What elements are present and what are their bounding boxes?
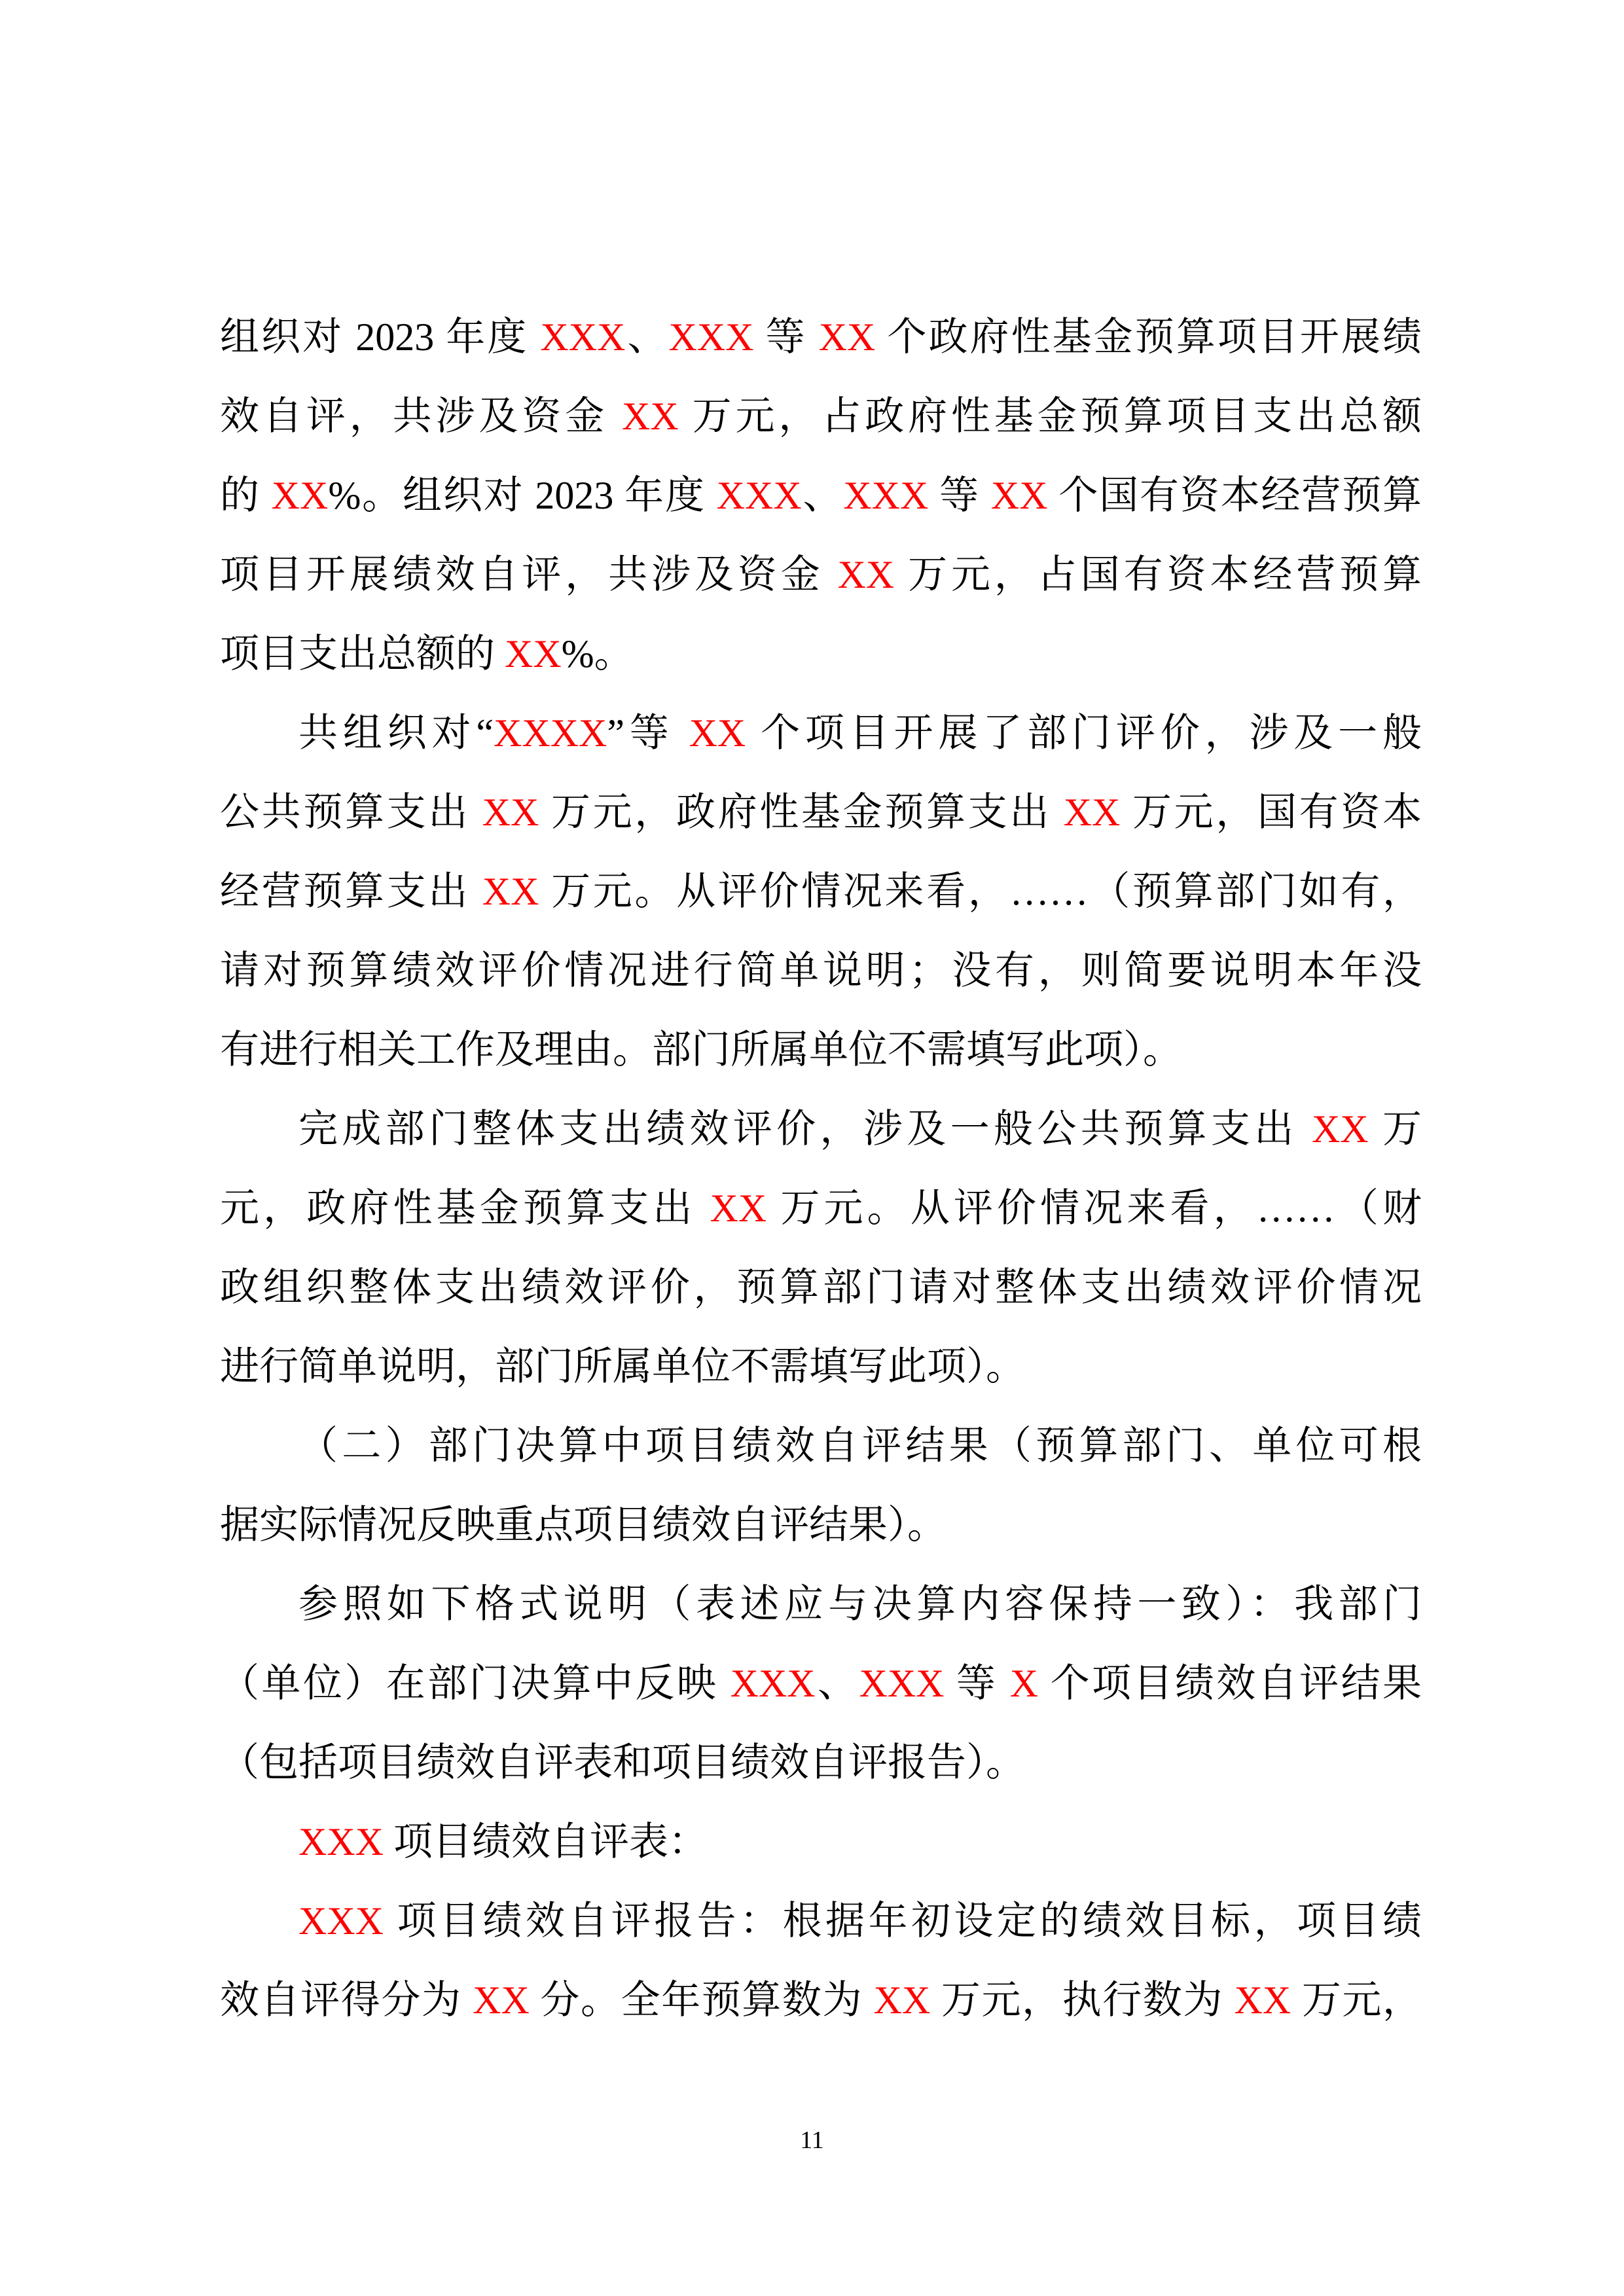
text-line: 进行简单说明，部门所属单位不需填写此项）。 [220,1327,1422,1407]
text-segment: （二）部门决算中项目绩效自评结果（预算部门、单位可根 [298,1424,1422,1467]
text-line: 请对预算绩效评价情况进行简单说明；没有，则简要说明本年没 [220,931,1422,1011]
text-segment: 万元，政府性基金预算支出 [539,791,1063,834]
placeholder-value: XX [819,315,876,359]
text-segment: 万元， [1291,1979,1422,2022]
text-segment: 效自评，共涉及资金 [220,395,622,438]
text-segment: 政组织整体支出绩效评价，预算部门请对整体支出绩效评价情况 [220,1266,1422,1309]
placeholder-value: XX [991,474,1048,517]
text-segment: 万元，占国有资本经营预算 [894,553,1422,596]
text-segment: 项目支出总额的 [220,632,505,675]
text-segment: 万元，执行数为 [930,1979,1234,2022]
text-segment: 等 [945,1662,1010,1705]
text-segment: 等 [754,315,819,359]
text-segment: 个项目开展了部门评价，涉及一般 [746,711,1422,755]
text-segment: （包括项目绩效自评表和项目绩效自评报告）。 [220,1741,1025,1784]
text-segment: 项目绩效自评表： [384,1820,708,1863]
placeholder-value: XX [482,791,539,834]
placeholder-value: XXX [669,315,754,359]
text-segment: 完成部门整体支出绩效评价，涉及一般公共预算支出 [298,1107,1312,1151]
text-segment: 、 [625,315,668,359]
text-segment: （单位）在部门决算中反映 [220,1662,731,1705]
text-segment: 万元。从评价情况来看，……（预算部门如有， [539,870,1422,913]
placeholder-value: XX [710,1187,767,1230]
text-line: 参照如下格式说明（表述应与决算内容保持一致）：我部门 [220,1565,1422,1644]
page-number: 11 [0,2121,1624,2160]
text-segment: 万元。从评价情况来看，……（财 [767,1187,1422,1230]
text-segment: 等 [928,474,991,517]
text-segment: 的 [220,474,272,517]
placeholder-value: XXX [717,474,802,517]
text-segment: 有进行相关工作及理由。部门所属单位不需填写此项）。 [220,1028,1182,1071]
text-line: 经营预算支出 XX 万元。从评价情况来看，……（预算部门如有， [220,852,1422,931]
placeholder-value: XX [482,870,539,913]
text-segment: %。 [562,632,634,675]
text-line: 公共预算支出 XX 万元，政府性基金预算支出 XX 万元，国有资本 [220,773,1422,852]
text-segment: 经营预算支出 [220,870,482,913]
text-segment: 万元，占政府性基金预算项目支出总额 [679,395,1422,438]
text-segment: 个项目绩效自评结果 [1038,1662,1422,1705]
text-segment: 万元，国有资本 [1120,791,1422,834]
placeholder-value: XX [1312,1107,1369,1151]
text-line: 据实际情况反映重点项目绩效自评结果）。 [220,1486,1422,1565]
placeholder-value: XXX [731,1662,816,1705]
text-line: （包括项目绩效自评表和项目绩效自评报告）。 [220,1723,1422,1803]
placeholder-value: X [1010,1662,1038,1705]
placeholder-value: XX [622,395,679,438]
text-segment: 个政府性基金预算项目开展绩 [875,315,1422,359]
placeholder-value: XX [874,1979,931,2022]
text-line: XXX 项目绩效自评报告：根据年初设定的绩效目标，项目绩 [220,1882,1422,1961]
text-segment: %。组织对 2023 年度 [328,474,716,517]
placeholder-value: XX [1235,1979,1291,2022]
text-segment: 参照如下格式说明（表述应与决算内容保持一致）：我部门 [298,1583,1422,1626]
placeholder-value: XXX [843,474,928,517]
text-segment: 个国有资本经营预算 [1048,474,1422,517]
text-segment: 项目绩效自评报告：根据年初设定的绩效目标，项目绩 [384,1899,1422,1943]
placeholder-value: XX [689,711,746,755]
document-body: 组织对 2023 年度 XXX、XXX 等 XX 个政府性基金预算项目开展绩效自… [220,298,1422,2040]
placeholder-value: XXXX [494,711,607,755]
placeholder-value: XX [505,632,562,675]
text-line: 项目开展绩效自评，共涉及资金 XX 万元，占国有资本经营预算 [220,535,1422,615]
text-segment: 项目开展绩效自评，共涉及资金 [220,553,838,596]
text-segment: 进行简单说明，部门所属单位不需填写此项）。 [220,1345,1025,1388]
placeholder-value: XXX [540,315,625,359]
text-segment: 效自评得分为 [220,1979,473,2022]
text-line: 的 XX%。组织对 2023 年度 XXX、XXX 等 XX 个国有资本经营预算 [220,456,1422,535]
text-line: 项目支出总额的 XX%。 [220,615,1422,694]
text-line: 组织对 2023 年度 XXX、XXX 等 XX 个政府性基金预算项目开展绩 [220,298,1422,377]
text-line: （单位）在部门决算中反映 XXX、XXX 等 X 个项目绩效自评结果 [220,1644,1422,1723]
text-line: 元，政府性基金预算支出 XX 万元。从评价情况来看，……（财 [220,1169,1422,1248]
text-segment: 共组织对“ [298,711,494,755]
placeholder-value: XX [272,474,329,517]
text-line: 共组织对“XXXX”等 XX 个项目开展了部门评价，涉及一般 [220,694,1422,773]
text-segment: ”等 [607,711,689,755]
text-segment: 组织对 2023 年度 [220,315,540,359]
text-line: 效自评得分为 XX 分。全年预算数为 XX 万元，执行数为 XX 万元， [220,1961,1422,2040]
text-line: 有进行相关工作及理由。部门所属单位不需填写此项）。 [220,1011,1422,1090]
text-segment: 分。全年预算数为 [530,1979,874,2022]
placeholder-value: XXX [298,1899,384,1943]
text-line: 政组织整体支出绩效评价，预算部门请对整体支出绩效评价情况 [220,1248,1422,1327]
text-line: （二）部门决算中项目绩效自评结果（预算部门、单位可根 [220,1407,1422,1486]
text-line: 完成部门整体支出绩效评价，涉及一般公共预算支出 XX 万 [220,1090,1422,1169]
text-segment: 元，政府性基金预算支出 [220,1187,710,1230]
text-segment: 请对预算绩效评价情况进行简单说明；没有，则简要说明本年没 [220,949,1422,992]
document-page: 组织对 2023 年度 XXX、XXX 等 XX 个政府性基金预算项目开展绩效自… [0,0,1624,2296]
text-segment: 据实际情况反映重点项目绩效自评结果）。 [220,1503,947,1547]
placeholder-value: XXX [298,1820,384,1863]
text-line: XXX 项目绩效自评表： [220,1803,1422,1882]
placeholder-value: XX [1064,791,1121,834]
text-segment: 、 [816,1662,859,1705]
text-segment: 万 [1369,1107,1422,1151]
placeholder-value: XXX [859,1662,945,1705]
text-segment: 公共预算支出 [220,791,482,834]
text-segment: 、 [802,474,844,517]
placeholder-value: XX [473,1979,530,2022]
text-line: 效自评，共涉及资金 XX 万元，占政府性基金预算项目支出总额 [220,377,1422,456]
placeholder-value: XX [838,553,895,596]
